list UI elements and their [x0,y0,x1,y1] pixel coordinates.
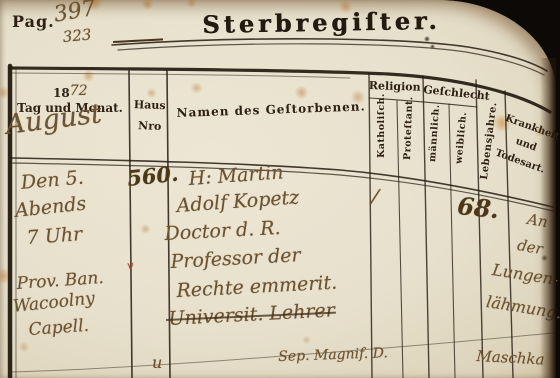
stain [0,268,12,284]
religion-group-header: Religion [368,79,422,94]
sex-group-header: Geſchlecht [423,83,478,102]
stain [186,0,197,8]
religion-katholisch-mark: / [370,184,379,209]
house-column-header-line2: Nro [134,119,166,133]
stain [0,86,10,99]
sep-note: Sep. Magnif. D. [278,345,388,365]
stain [140,224,151,234]
entry-name-line1: H: Martin [188,161,284,190]
stain [302,336,311,344]
pag-label: Pag. [12,12,55,31]
margin-check-mark: v [126,258,135,273]
stain [294,86,309,99]
stain [18,342,30,352]
house-column-header-line1: Haus [132,98,168,112]
religion-protestant-header: Proteſtant. [402,102,415,160]
sex-weiblich-header: weiblich. [454,108,470,165]
entry-age: 68. [456,191,501,224]
register-page: Pag. 397 323 Sterbregiſter. 1872 Tag und… [0,0,556,378]
page-number-struck: 397 [52,0,98,28]
stain [190,82,203,94]
sex-maennlich-header: männlich. [427,106,442,163]
entry-date-line3: 7 Uhr [26,223,83,249]
entry-date-line2: Abends [14,193,87,222]
year-written: 72 [70,83,88,99]
stain [141,0,154,10]
page-title: Sterbregiſter. [202,6,441,39]
ink-dot [424,36,430,42]
page-number: 323 [62,26,92,46]
entry-name-line2: Adolf Kopetz [176,186,300,217]
entry-name-line3: Doctor d. R. [164,217,281,245]
entry-house-number: 560. [126,161,179,191]
stain [82,70,95,82]
religion-katholisch-header: Katholiſch. [376,102,387,158]
ink-dash [113,38,163,43]
stain [146,88,157,98]
next-row-note: u [152,353,162,372]
entry-date-line1: Den 5. [20,167,85,194]
entry-place-line3: Capell. [28,316,90,340]
entry-name-line5: Rechte emmerit. [176,272,338,302]
doctor-signature: Maschka [476,347,545,369]
screenshot-root: { "page": { "pag_label": "Pag.", "page_n… [0,0,560,378]
name-column-header: Namen des Geſtorbenen. [176,99,366,120]
page-edge-shadow [540,58,556,378]
entry-name-line4: Professor der [170,244,301,273]
year-printed: 18 [53,86,70,100]
year-header: 1872 [53,82,88,101]
ink-dot [430,44,435,49]
